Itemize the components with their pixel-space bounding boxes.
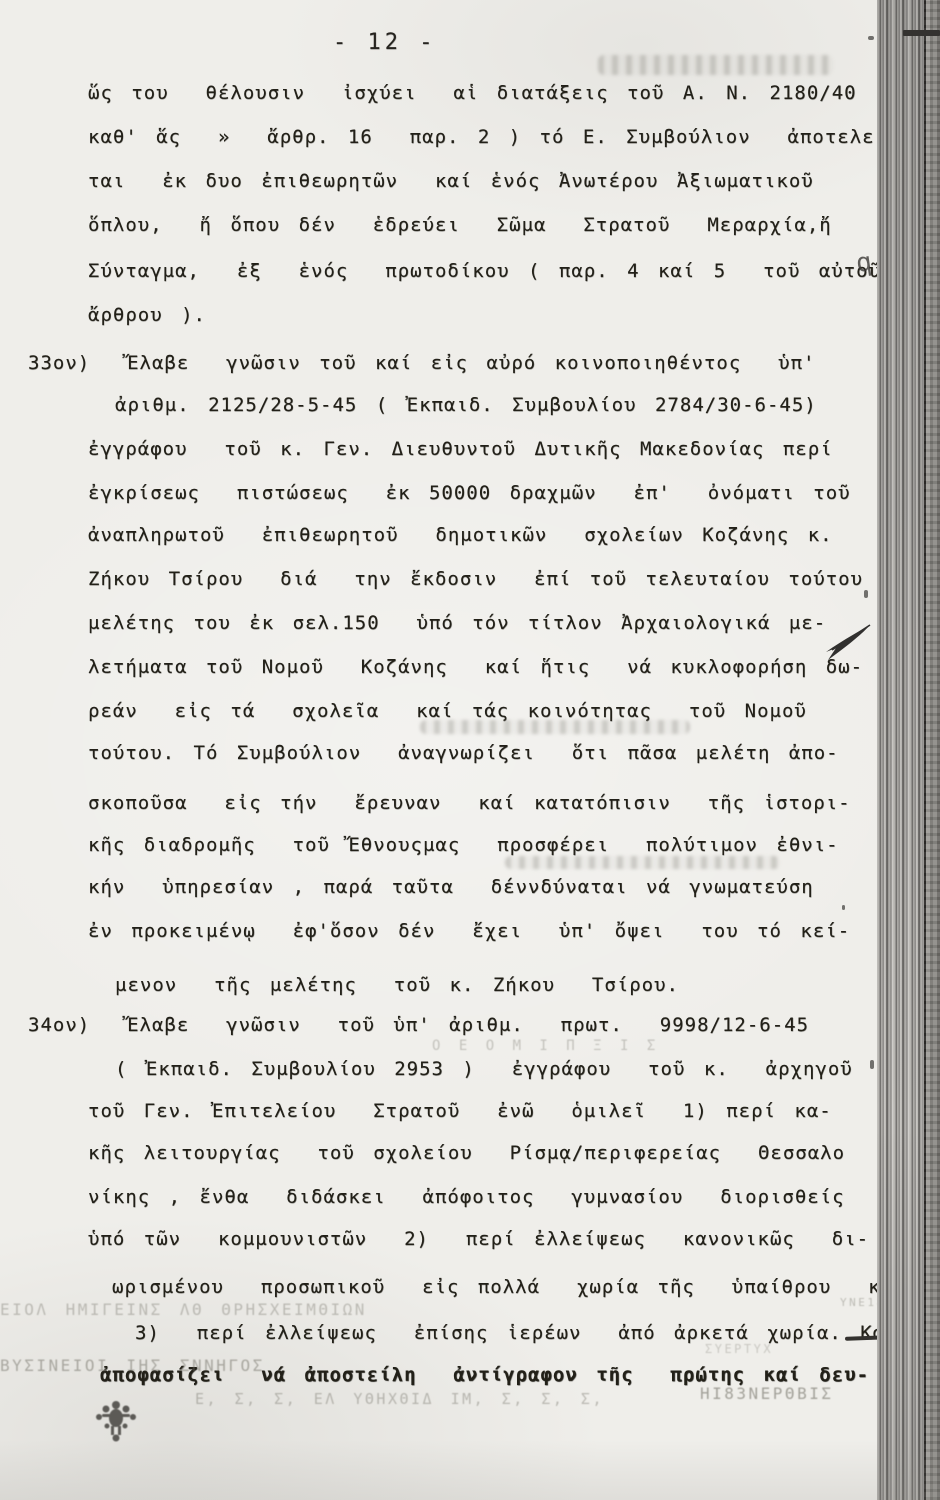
text-line: κήν ὑπηρεσίαν , παρά ταῦτα δέννδύναται ν…	[88, 876, 814, 898]
text-line: κῆς λειτουργίας τοῦ σχολείου Ρίσμᾳ/περιφ…	[88, 1142, 845, 1164]
text-line: Σύνταγμα, ἐξ ἑνός πρωτοδίκου ( παρ. 4 κα…	[88, 260, 893, 282]
text-line: κῆς διαδρομῆς τοῦ Ἔθνουςμας προσφέρει πο…	[88, 834, 839, 856]
text-line: ωρισμένου προσωπικοῦ εἰς πολλά χωρία τῆς…	[112, 1276, 905, 1298]
text-line: ( Ἐκπαιδ. Συμβουλίου 2953 ) ἐγγράφου τοῦ…	[115, 1058, 853, 1080]
text-line: ται ἐκ δυο ἐπιθεωρητῶν καί ἑνός Ἀνωτέρου…	[88, 170, 814, 192]
text-line: ἀριθμ. 2125/28-5-45 ( Ἐκπαιδ. Συμβουλίου…	[115, 394, 817, 416]
text-line: ὥς του θέλουσιν ἰσχύει αἱ διατάξεις τοῦ …	[88, 82, 857, 104]
bleed-smudge	[420, 720, 690, 734]
text-line: 33ον) Ἔλαβε γνῶσιν τοῦ καί εἰς αὐρό κοιν…	[28, 352, 815, 374]
ink-speck	[864, 590, 868, 598]
ink-speck	[868, 36, 874, 40]
ink-speck	[842, 905, 845, 910]
adjacent-page-edge	[924, 0, 940, 1500]
text-line: ὑπό τῶν κομμουνιστῶν 2) περί ἐλλείψεως κ…	[88, 1228, 869, 1250]
bleed-through-text: Ε, Σ, Σ, ΕΛ ΥΘΗΧΘΙΔ ΙΜ, Σ, Σ, Σ,	[195, 1390, 604, 1408]
text-line: ὅπλου, ἤ ὅπου δέν ἑδρεύει Σῶμα Στρατοῦ Μ…	[88, 214, 832, 236]
book-gutter-streaks	[877, 0, 924, 1500]
text-line: ἐν προκειμένῳ ἐφ'ὅσον δέν ἔχει ὑπ' ὄψει …	[88, 920, 850, 942]
text-line: ἄρθρου ).	[88, 304, 206, 326]
scanned-document-page: - 12 - ὥς του θέλουσιν ἰσχύει αἱ διατάξε…	[0, 0, 940, 1500]
page-edge-line	[903, 30, 940, 36]
bleed-through-text: ΣΥΕΡΤΥΧ	[705, 1342, 773, 1356]
ink-speck	[870, 1060, 874, 1069]
page-number: - 12 -	[333, 30, 436, 55]
bleed-through-text: ΗΙ83ΝΕΡΘΒΙΣ	[700, 1384, 833, 1403]
bleed-smudge	[505, 856, 780, 869]
bleed-through-text: ΕΙΟΛ ΗΜΙΓΕΙΝΣ ΛΘ ΘΡΗΣΧΕΙΜΘΙΩΝ	[0, 1300, 367, 1319]
text-line: ἐγγράφου τοῦ κ. Γεν. Διευθυντοῦ Δυτικῆς …	[88, 438, 833, 460]
text-line: καθ' ἅς » ἄρθρ. 16 παρ. 2 ) τό Ε. Συμβού…	[88, 126, 899, 148]
pen-squiggle-mark: q	[854, 247, 874, 279]
text-line: 34ον) Ἔλαβε γνῶσιν τοῦ ὑπ' ἀριθμ. πρωτ. …	[28, 1014, 809, 1036]
text-line: ἀναπληρωτοῦ ἐπιθεωρητοῦ δημοτικῶν σχολεί…	[88, 524, 833, 546]
text-line: τούτου. Τό Συμβούλιον ἀναγνωρίζει ὅτι πᾶ…	[88, 742, 839, 764]
text-line: νίκης , ἔνθα διδάσκει ἀπόφοιτος γυμνασίο…	[88, 1186, 845, 1208]
ink-stamp	[90, 1396, 142, 1446]
bleed-smudge	[598, 55, 833, 75]
scan-bottom-shading	[0, 1440, 940, 1500]
text-line: μενον τῆς μελέτης τοῦ κ. Ζήκου Τσίρου.	[115, 974, 679, 996]
text-line: μελέτης του ἐκ σελ.150 ὑπό τόν τίτλον Ἀρ…	[88, 612, 826, 634]
text-line: τοῦ Γεν. Ἐπιτελείου Στρατοῦ ἐνῶ ὁμιλεῖ 1…	[88, 1100, 832, 1122]
text-line: ρεάν εἰς τά σχολεῖα καί τάς κοινότητας τ…	[88, 700, 807, 722]
text-line: ἐγκρίσεως πιστώσεως ἐκ 50000 δραχμῶν ἐπ'…	[88, 482, 851, 504]
bleed-through-text: ΒΥΣΙΝΕΙΟΙ ΙΗΣ ΣΝΝΗΓΟΣ	[0, 1356, 265, 1375]
bleed-through-text: Ο Ε Ο Μ Ι Π Ξ Ι Σ	[432, 1038, 658, 1054]
text-line: 3) περί ἐλλείψεως ἐπίσης ἱερέων ἀπό ἀρκε…	[135, 1322, 910, 1344]
text-line: Ζήκου Τσίρου διά την ἔκδοσιν ἐπί τοῦ τελ…	[88, 568, 863, 590]
text-line: σκοποῦσα εἰς τήν ἔρευναν καί κατατόπισιν…	[88, 792, 851, 814]
pen-arrow-mark	[812, 620, 876, 666]
text-line: λετήματα τοῦ Νομοῦ Κοζάνης καί ἥτις νά κ…	[88, 656, 863, 678]
